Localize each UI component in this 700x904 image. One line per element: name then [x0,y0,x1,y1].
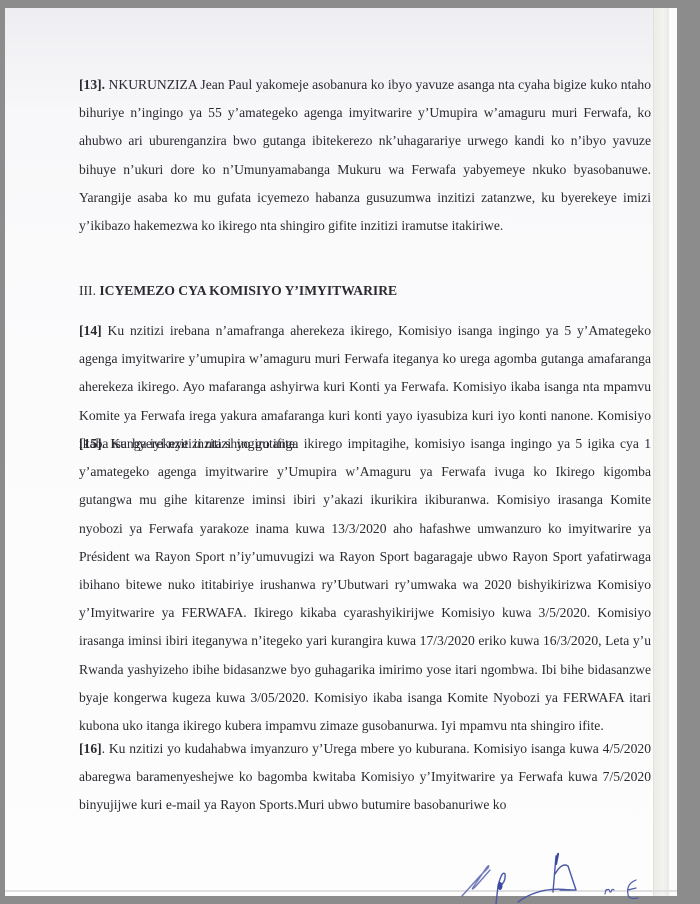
page-edge [653,8,670,896]
paragraph-16: [16]. Ku nzitizi yo kudahabwa imyanzuro … [79,735,651,820]
paragraph-number: [15] [79,436,102,451]
paragraph-text: NKURUNZIZA Jean Paul yakomeje asobanura … [79,77,651,233]
signatures [460,834,670,904]
section-title: ICYEMEZO CYA KOMISIYO Y’IMYITWARIRE [96,283,397,298]
paragraph-number: [13]. [79,77,105,92]
signature-1-icon [462,866,490,896]
section-heading: III. ICYEMEZO CYA KOMISIYO Y’IMYITWARIRE [79,277,397,305]
signature-3-icon [518,889,570,902]
paragraph-text: . Ku byerekeye inzitizi yo gutanga ikire… [79,436,651,733]
paragraph-number: [16] [79,741,102,756]
paragraph-text: . Ku nzitizi yo kudahabwa imyanzuro y’Ur… [79,741,651,812]
section-number: III. [79,283,96,298]
page-edge-outer [669,8,677,896]
paragraph-15: [15]. Ku byerekeye inzitizi yo gutanga i… [79,430,651,740]
paragraph-number: [14] [79,323,102,338]
signature-marks-icon [460,834,670,904]
initials-icon [605,889,614,894]
paragraph-13: [13]. NKURUNZIZA Jean Paul yakomeje asob… [79,71,651,240]
